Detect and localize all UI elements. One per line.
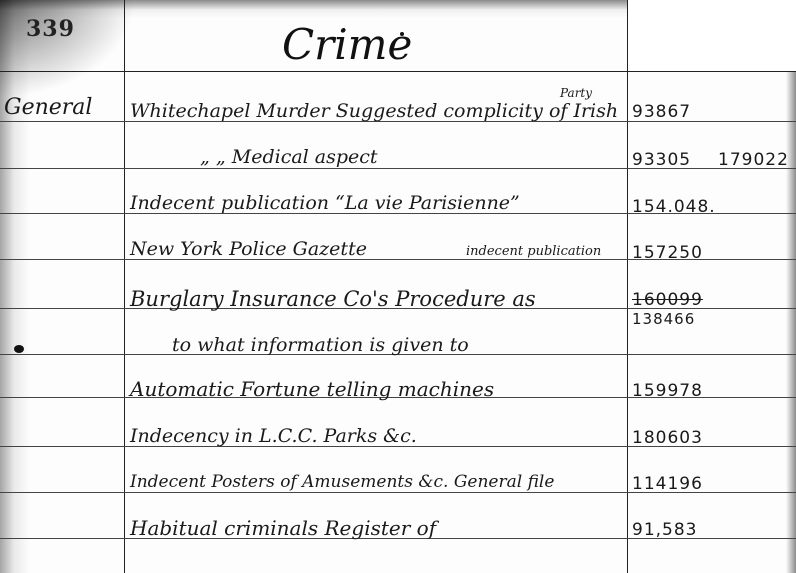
entry-reference: 159978 <box>632 381 703 401</box>
entry-reference: 157250 <box>632 243 703 263</box>
entry-note: indecent publication <box>466 244 601 259</box>
page-title: Crime <box>282 20 412 69</box>
entry-description: Indecency in L.C.C. Parks &c. <box>130 425 417 447</box>
column-rule-reference <box>627 0 628 573</box>
entry-reference: 138466 <box>632 310 695 328</box>
entry-reference: 91,583 <box>632 520 697 540</box>
entry-description: Indecent Posters of Amusements &c. Gener… <box>130 472 554 492</box>
entry-reference: 180603 <box>632 428 703 448</box>
ink-smudge <box>14 345 24 353</box>
page-edge-shadow <box>786 72 796 573</box>
entry-continuation: to what information is given to <box>172 334 469 356</box>
header-rule <box>0 71 796 72</box>
entry-reference: 154.048. <box>632 197 716 217</box>
page-margin-top-right <box>628 0 796 72</box>
entry-annotation: Party <box>560 86 592 100</box>
entry-reference: 93867 <box>632 102 691 122</box>
category-label: General <box>4 95 92 120</box>
entry-description: Burglary Insurance Co's Procedure as <box>130 287 536 311</box>
entry-description: Habitual criminals Register of <box>130 516 436 540</box>
column-rule-category <box>124 0 125 573</box>
entry-description: Automatic Fortune telling machines <box>130 377 494 401</box>
entry-reference-struck: 160099 <box>632 290 703 310</box>
entry-description: New York Police Gazette <box>130 238 367 260</box>
ink-speck <box>400 32 404 36</box>
ledger-page: 339 Crime General Whitechapel Murder Sug… <box>0 0 796 573</box>
entry-description: Whitechapel Murder Suggested complicity … <box>130 100 618 122</box>
entry-reference-secondary: 179022 <box>718 150 789 170</box>
entry-description: Indecent publication “La vie Parisienne” <box>130 192 520 214</box>
entry-reference: 114196 <box>632 474 703 494</box>
entry-reference: 93305 <box>632 150 691 170</box>
entry-description: „ „ Medical aspect <box>200 146 378 168</box>
page-number: 339 <box>26 16 75 42</box>
